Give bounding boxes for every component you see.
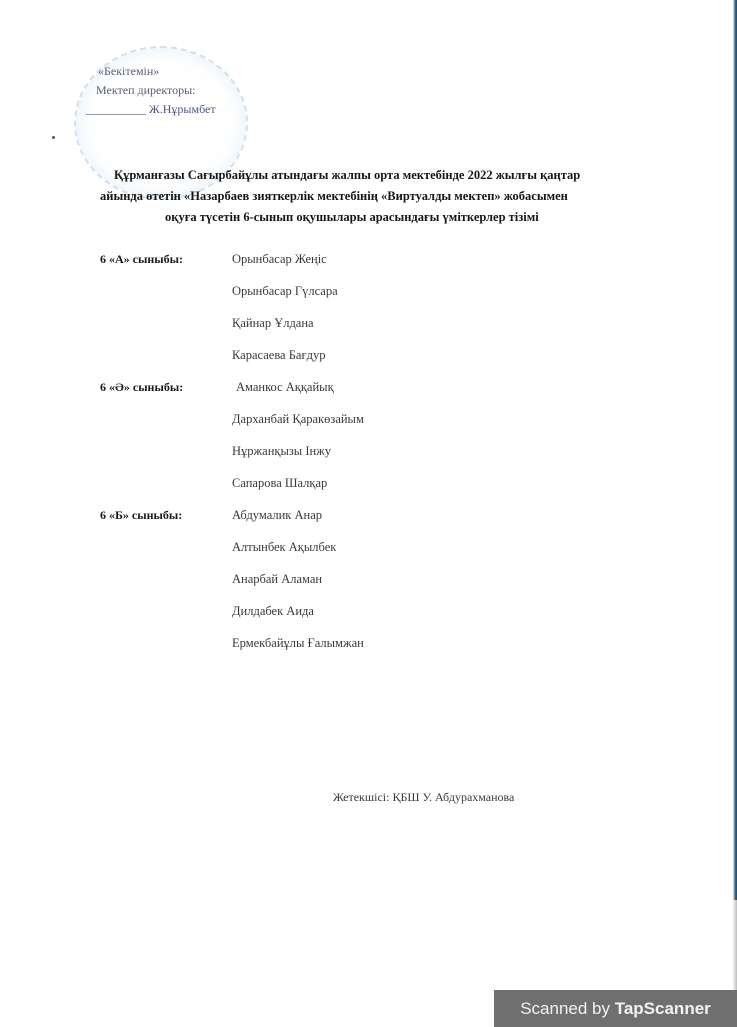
approval-heading: «Бекітемін»	[86, 62, 216, 81]
student-name: Дарханбай Қаракөзайым	[232, 412, 364, 427]
title-line-2: айында өтетін «Назарбаев зияткерлік мект…	[100, 186, 675, 207]
student-name: Алтынбек Ақылбек	[232, 540, 336, 555]
student-name: Сапарова Шалқар	[232, 476, 327, 491]
title-line-1: Құрманғазы Сағырбайұлы атындағы жалпы ор…	[100, 165, 675, 186]
student-name: Қайнар Ұлдана	[232, 316, 314, 331]
watermark-prefix: Scanned by	[520, 999, 615, 1018]
student-name: Дилдабек Аида	[232, 604, 314, 619]
student-name: Анарбай Аламан	[232, 572, 322, 587]
supervisor-signature: Жетекшісі: ҚБШ У. Абдурахманова	[333, 790, 514, 805]
student-name: Абдумалик Анар	[232, 508, 322, 523]
student-name: Аманкос Аққайық	[236, 380, 334, 395]
tapscanner-watermark: Scanned by TapScanner	[494, 990, 737, 1027]
approval-position: Мектеп директоры:	[86, 81, 216, 100]
watermark-brand: TapScanner	[615, 999, 711, 1018]
title-line-3: оқуға түсетін 6-сынып оқушылары арасында…	[100, 207, 675, 228]
scanned-document-page: «Бекітемін» Мектеп директоры: __________…	[0, 0, 737, 1027]
document-title: Құрманғазы Сағырбайұлы атындағы жалпы ор…	[100, 165, 675, 228]
scan-edge-shadow	[733, 0, 737, 1027]
approval-block: «Бекітемін» Мектеп директоры: __________…	[86, 62, 216, 119]
approval-signature: __________ Ж.Нұрымбет	[86, 100, 216, 119]
student-name: Орынбасар Жеңіс	[232, 252, 327, 267]
student-name: Нұржанқызы Інжу	[232, 444, 331, 459]
student-name: Орынбасар Гүлсара	[232, 284, 338, 299]
scan-speck	[52, 136, 55, 139]
class-label-6b: 6 «Б» сыныбы:	[100, 508, 182, 523]
student-name: Ермекбайұлы Ғалымжан	[232, 636, 364, 651]
class-label-6a: 6 «А» сыныбы:	[100, 252, 183, 267]
class-label-6ae: 6 «Ә» сыныбы:	[100, 380, 183, 395]
student-name: Карасаева Бағдур	[232, 348, 325, 363]
